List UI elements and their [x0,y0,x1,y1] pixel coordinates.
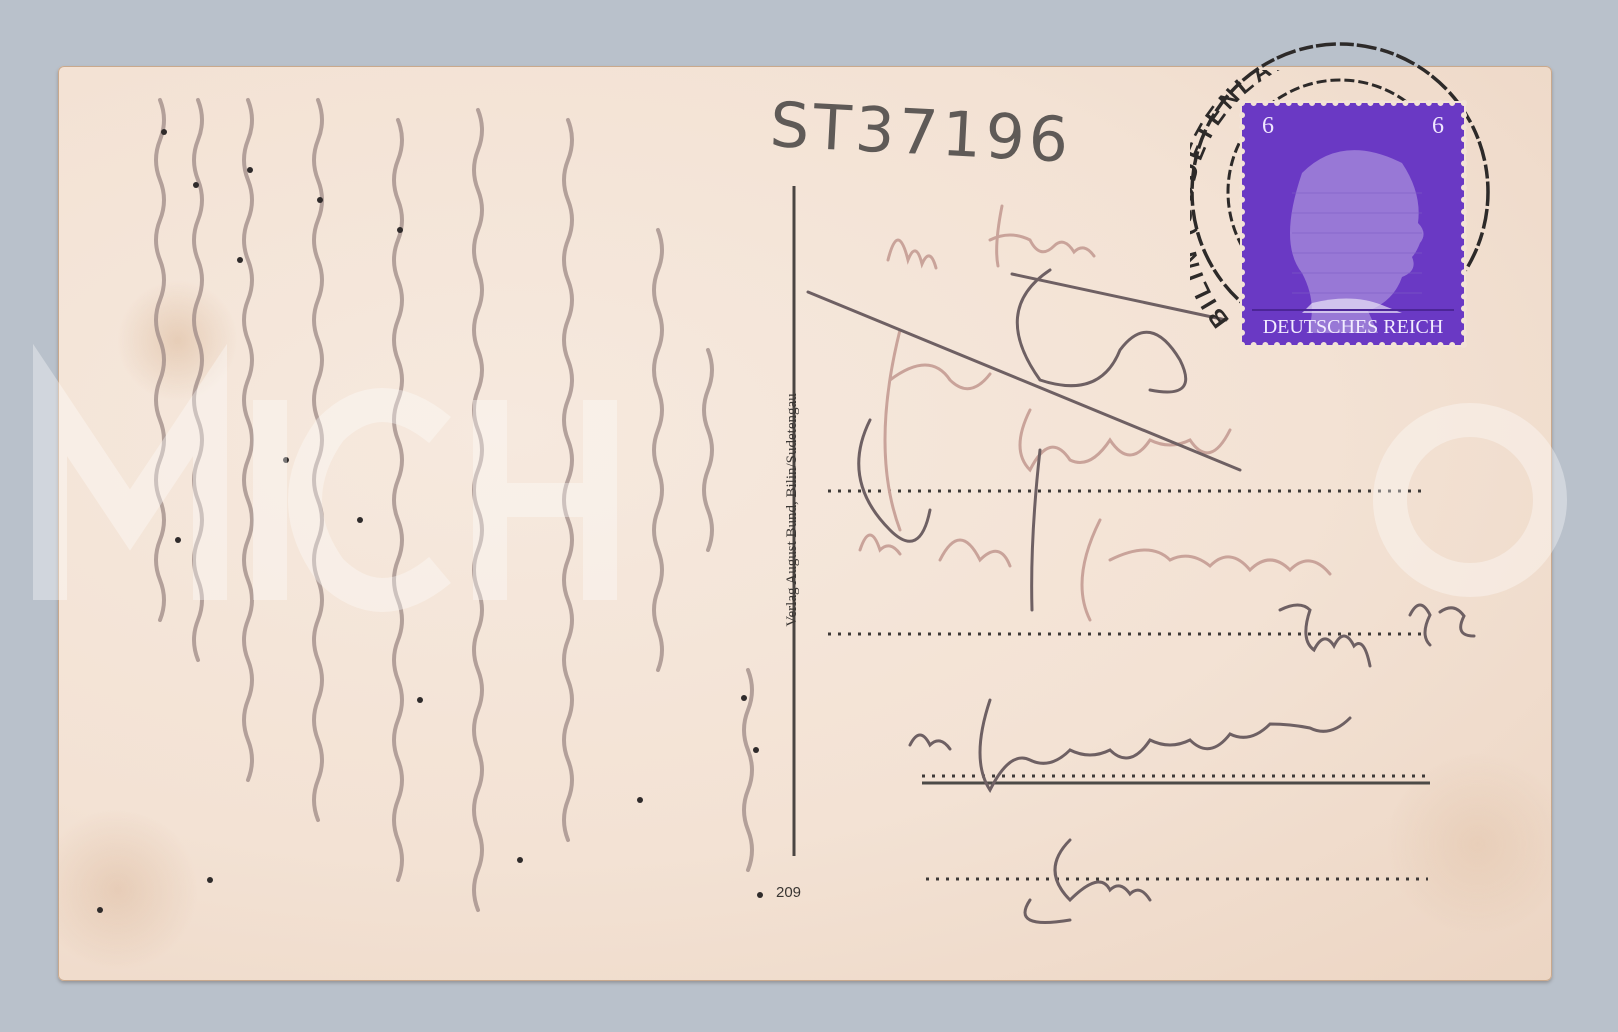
address-lines [828,491,1428,879]
publisher-number: 209 [776,884,801,901]
handwritten-letter [156,100,752,910]
postmark-text: BILIN (SUDETENLAND) [1190,70,1490,350]
publisher-imprint: Verlag August Bund, Bilin/Sudetengau [784,210,804,810]
svg-text:BILIN (SUDETENLAND): BILIN (SUDETENLAND) [1190,70,1329,333]
